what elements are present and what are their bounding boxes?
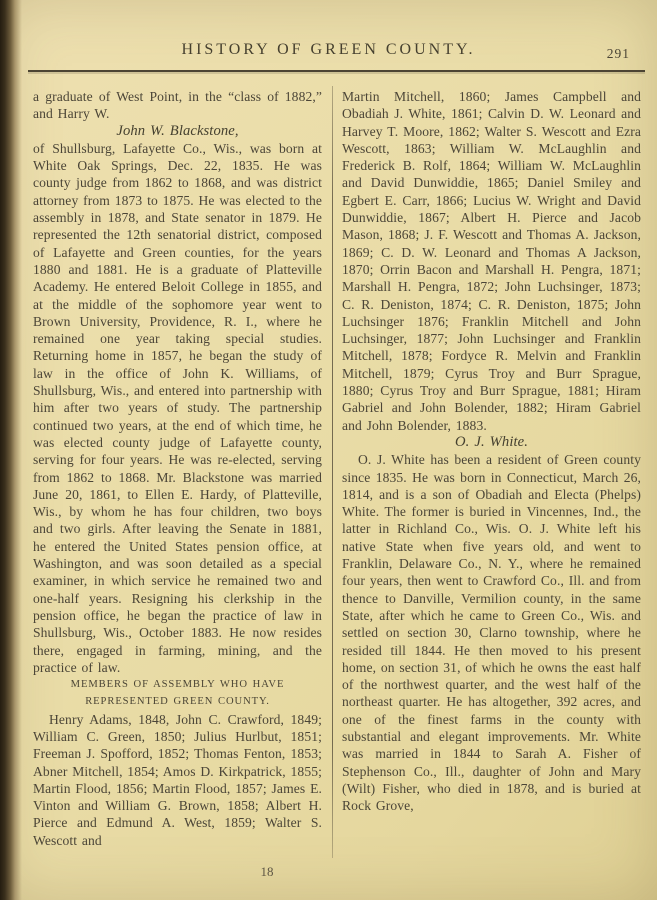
members-list-1848-1859: Henry Adams, 1848, John C. Crawford, 184… [33, 711, 322, 849]
biography-heading-white: O. J. White. [342, 434, 641, 451]
column-divider-rule [332, 86, 333, 858]
text-column-left: a graduate of West Point, in the “class … [33, 88, 322, 849]
biography-blackstone: of Shullsburg, Lafayette Co., Wis., was … [33, 140, 322, 676]
biography-white: O. J. White has been a resident of Green… [342, 451, 641, 814]
page-number: 291 [607, 46, 630, 62]
book-binding-shadow [0, 0, 22, 900]
book-page: HISTORY OF GREEN COUNTY. 291 a graduate … [0, 0, 657, 900]
biography-heading-blackstone: John W. Blackstone, [33, 123, 322, 140]
text-column-right: Martin Mitchell, 1860; James Campbell an… [342, 88, 641, 814]
members-list-1860-1883: Martin Mitchell, 1860; James Campbell an… [342, 88, 641, 434]
header-rule [28, 70, 645, 72]
printer-signature-mark: 18 [252, 864, 282, 880]
running-head-title: HISTORY OF GREEN COUNTY. [60, 41, 597, 59]
paragraph-continuation-west-point: a graduate of West Point, in the “class … [33, 88, 322, 123]
members-of-assembly-heading: MEMBERS OF ASSEMBLY WHO HAVE REPRESENTED… [33, 676, 322, 711]
